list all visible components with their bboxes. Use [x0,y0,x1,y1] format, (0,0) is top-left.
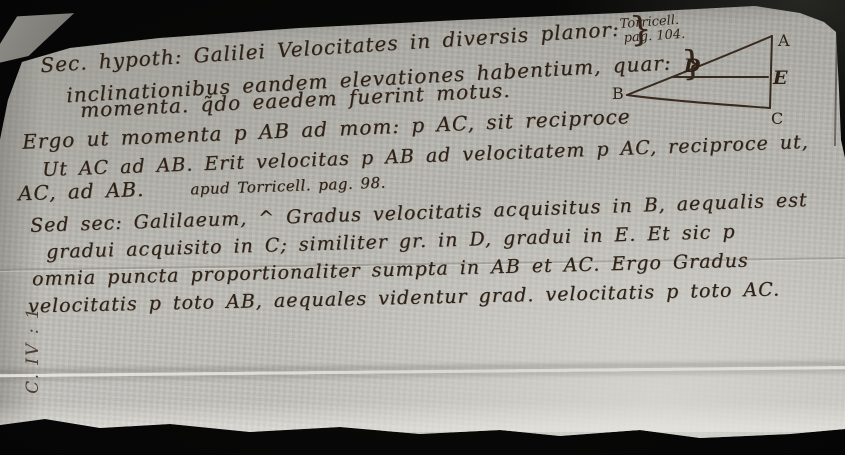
inline-reference: apud Torricell. pag. 98. [190,174,386,199]
triangle-point-d-label: D [683,55,701,77]
fold-crease-lower [0,366,845,378]
triangle-vertex-a-label: A [777,31,790,50]
figure-triangle-diagram: Torricell. pag. 104. A B C D E [610,2,835,130]
triangle-vertex-c-label: C [771,109,783,128]
triangle-point-e-label: E [772,67,788,89]
paper-sheet: 23/6 C. IV : 1 Sec. hypoth: Galilei Velo… [0,0,845,455]
figure-reference-line2: pag. 104. [623,27,686,46]
triangle-vertex-b-label: B [612,84,624,103]
manuscript-photo: 23/6 C. IV : 1 Sec. hypoth: Galilei Velo… [0,0,845,455]
triangle-vertical-AC [770,36,772,108]
line-text: AC, ad AB. [18,177,145,205]
torn-bottom-edge-highlight [0,402,845,432]
triangle-base-BC [627,95,770,108]
